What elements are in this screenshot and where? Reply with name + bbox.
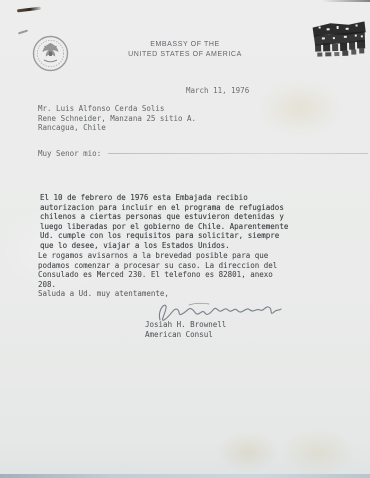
body-paragraph-2: Le rogamos avisarnos a la brevedad posib… (38, 251, 277, 289)
recipient-address: Mr. Luis Alfonso Cerda Solis Rene Schnei… (38, 104, 196, 133)
pen-scratch-mark (17, 7, 41, 13)
small-scratch-mark (18, 30, 28, 35)
paper-crease-line (108, 153, 368, 154)
salutation: Muy Senor mio: (38, 149, 101, 159)
scanned-letter-page: EMBASSY OF THE UNITED STATES OF AMERICA (0, 0, 370, 478)
closing-line: Saluda a Ud. muy atentamente, (38, 289, 169, 299)
signature-block: Josiah H. Brownell American Consul (145, 320, 226, 339)
scan-bottom-edge (0, 474, 370, 478)
letter-date: March 11, 1976 (186, 86, 249, 96)
body-paragraph-1: El 10 de febrero de 1976 esta Embajada r… (40, 193, 288, 251)
scan-edge-shadow (322, 0, 370, 2)
ink-stamp-icon (310, 20, 367, 64)
